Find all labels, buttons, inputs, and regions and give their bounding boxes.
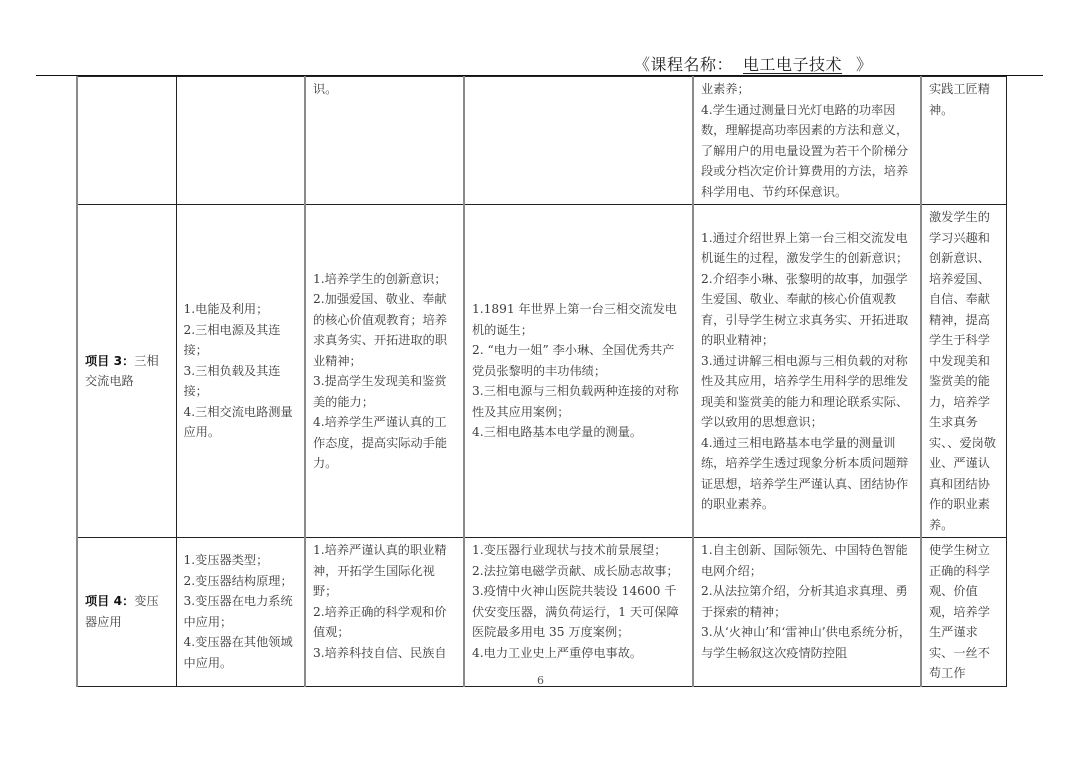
- content-item: 4.变压器在其他领域中应用。: [184, 632, 299, 673]
- method-item: 1.通过介绍世界上第一台三相交流发电机诞生的过程，激发学生的创新意识；: [701, 228, 914, 269]
- method-item: 4.学生通过测量日光灯电路的功率因数，理解提高功率因素的方法和意义，了解用户的用…: [701, 100, 914, 203]
- cases-cell: [464, 77, 693, 205]
- method-item: 2.介绍李小琳、张黎明的故事，加强学生爱国、敬业、奉献的核心价值观教育，引导学生…: [701, 269, 914, 351]
- goal-item: 识。: [313, 79, 457, 100]
- course-name: 电工电子技术: [733, 52, 856, 75]
- content-item: 1.变压器类型；: [184, 550, 299, 571]
- content-item: 3.变压器在电力系统中应用；: [184, 591, 299, 632]
- method-item: 3.从‘火神山’和‘雷神山’供电系统分析，与学生畅叙这次疫情防控阻: [701, 622, 914, 663]
- content-item: 3.三相负载及其连接；: [184, 361, 299, 402]
- project-cell: 项目 3：三相交流电路: [77, 205, 176, 538]
- effect-cell: 实践工匠精神。: [921, 77, 1006, 205]
- syllabus-table: 识。 业素养； 4.学生通过测量日光灯电路的功率因数，理解提高功率因素的方法和意…: [76, 76, 1007, 687]
- effect-cell: 激发学生的学习兴趣和创新意识、培养爱国、自信、奉献精神，提高学生于科学中发现美和…: [921, 205, 1006, 538]
- case-item: 1.1891 年世界上第一台三相交流发电机的诞生；: [472, 299, 686, 340]
- effect-text: 激发学生的学习兴趣和创新意识、培养爱国、自信、奉献精神，提高学生于科学中发现美和…: [929, 207, 1000, 535]
- table-row: 项目 4：变压器应用 1.变压器类型； 2.变压器结构原理； 3.变压器在电力系…: [77, 538, 1006, 687]
- case-item: 4.电力工业史上严重停电事故。: [472, 643, 686, 664]
- content-item: 2.三相电源及其连接；: [184, 320, 299, 361]
- goal-item: 1.培养学生的创新意识；: [313, 269, 457, 290]
- goal-item: 3.培养科技自信、民族自: [313, 643, 457, 664]
- case-item: 2. “电力一姐” 李小琳、全国优秀共产党员张黎明的丰功伟绩；: [472, 340, 686, 381]
- method-item: 4.通过三相电路基本电学量的测量训练，培养学生透过现象分析本质问题辩证思想，培养…: [701, 433, 914, 515]
- method-item: 2.从法拉第介绍，分析其追求真理、勇于探索的精神；: [701, 581, 914, 622]
- content-item: 1.电能及利用；: [184, 299, 299, 320]
- methods-cell: 业素养； 4.学生通过测量日光灯电路的功率因数，理解提高功率因素的方法和意义，了…: [693, 77, 921, 205]
- case-item: 3.疫情中火神山医院共装设 14600 千伏安变压器，满负荷运行，1 天可保障医…: [472, 581, 686, 643]
- methods-cell: 1.自主创新、国际领先、中国特色智能电网介绍； 2.从法拉第介绍，分析其追求真理…: [693, 538, 921, 687]
- method-item: 1.自主创新、国际领先、中国特色智能电网介绍；: [701, 540, 914, 581]
- methods-cell: 1.通过介绍世界上第一台三相交流发电机诞生的过程，激发学生的创新意识； 2.介绍…: [693, 205, 921, 538]
- page-number: 6: [537, 674, 544, 687]
- case-item: 2.法拉第电磁学贡献、成长励志故事；: [472, 561, 686, 582]
- content-item: 2.变压器结构原理；: [184, 571, 299, 592]
- table-row: 识。 业素养； 4.学生通过测量日光灯电路的功率因数，理解提高功率因素的方法和意…: [77, 77, 1006, 205]
- method-item: 业素养；: [701, 79, 914, 100]
- goals-cell: 1.培养严谨认真的职业精神，开拓学生国际化视野； 2.培养正确的科学观和价值观；…: [305, 538, 464, 687]
- effect-text: 使学生树立正确的科学观、价值观，培养学生严谨求实、一丝不苟工作: [929, 540, 1000, 684]
- goal-item: 2.培养正确的科学观和价值观；: [313, 602, 457, 643]
- method-item: 3.通过讲解三相电源与三相负载的对称性及其应用，培养学生用科学的思维发现美和鉴赏…: [701, 351, 914, 433]
- goals-cell: 识。: [305, 77, 464, 205]
- project-number: 项目 3：: [85, 354, 134, 368]
- project-cell: 项目 4：变压器应用: [77, 538, 176, 687]
- effect-text: 实践工匠精神。: [929, 79, 1000, 120]
- content-item: 4.三相交流电路测量应用。: [184, 402, 299, 443]
- goal-item: 1.培养严谨认真的职业精神，开拓学生国际化视野；: [313, 540, 457, 602]
- project-cell: [77, 77, 176, 205]
- course-title-header: 《课程名称：电工电子技术》: [634, 52, 873, 75]
- case-item: 3.三相电源与三相负载两种连接的对称性及其应用案例；: [472, 381, 686, 422]
- course-title-prefix: 《课程名称：: [634, 55, 733, 74]
- content-cell: 1.变压器类型； 2.变压器结构原理； 3.变压器在电力系统中应用； 4.变压器…: [176, 538, 305, 687]
- goal-item: 4.培养学生严谨认真的工作态度，提高实际动手能力。: [313, 412, 457, 474]
- goal-item: 3.提高学生发现美和鉴赏美的能力；: [313, 371, 457, 412]
- case-item: 1.变压器行业现状与技术前景展望；: [472, 540, 686, 561]
- effect-cell: 使学生树立正确的科学观、价值观，培养学生严谨求实、一丝不苟工作: [921, 538, 1006, 687]
- goal-item: 2.加强爱国、敬业、奉献的核心价值观教育；培养求真务实、开拓进取的职业精神；: [313, 289, 457, 371]
- cases-cell: 1.变压器行业现状与技术前景展望； 2.法拉第电磁学贡献、成长励志故事； 3.疫…: [464, 538, 693, 687]
- content-cell: [176, 77, 305, 205]
- table-row: 项目 3：三相交流电路 1.电能及利用； 2.三相电源及其连接； 3.三相负载及…: [77, 205, 1006, 538]
- goals-cell: 1.培养学生的创新意识； 2.加强爱国、敬业、奉献的核心价值观教育；培养求真务实…: [305, 205, 464, 538]
- case-item: 4.三相电路基本电学量的测量。: [472, 422, 686, 443]
- project-number: 项目 4：: [85, 594, 134, 608]
- cases-cell: 1.1891 年世界上第一台三相交流发电机的诞生； 2. “电力一姐” 李小琳、…: [464, 205, 693, 538]
- course-title-suffix: 》: [856, 55, 873, 74]
- content-cell: 1.电能及利用； 2.三相电源及其连接； 3.三相负载及其连接； 4.三相交流电…: [176, 205, 305, 538]
